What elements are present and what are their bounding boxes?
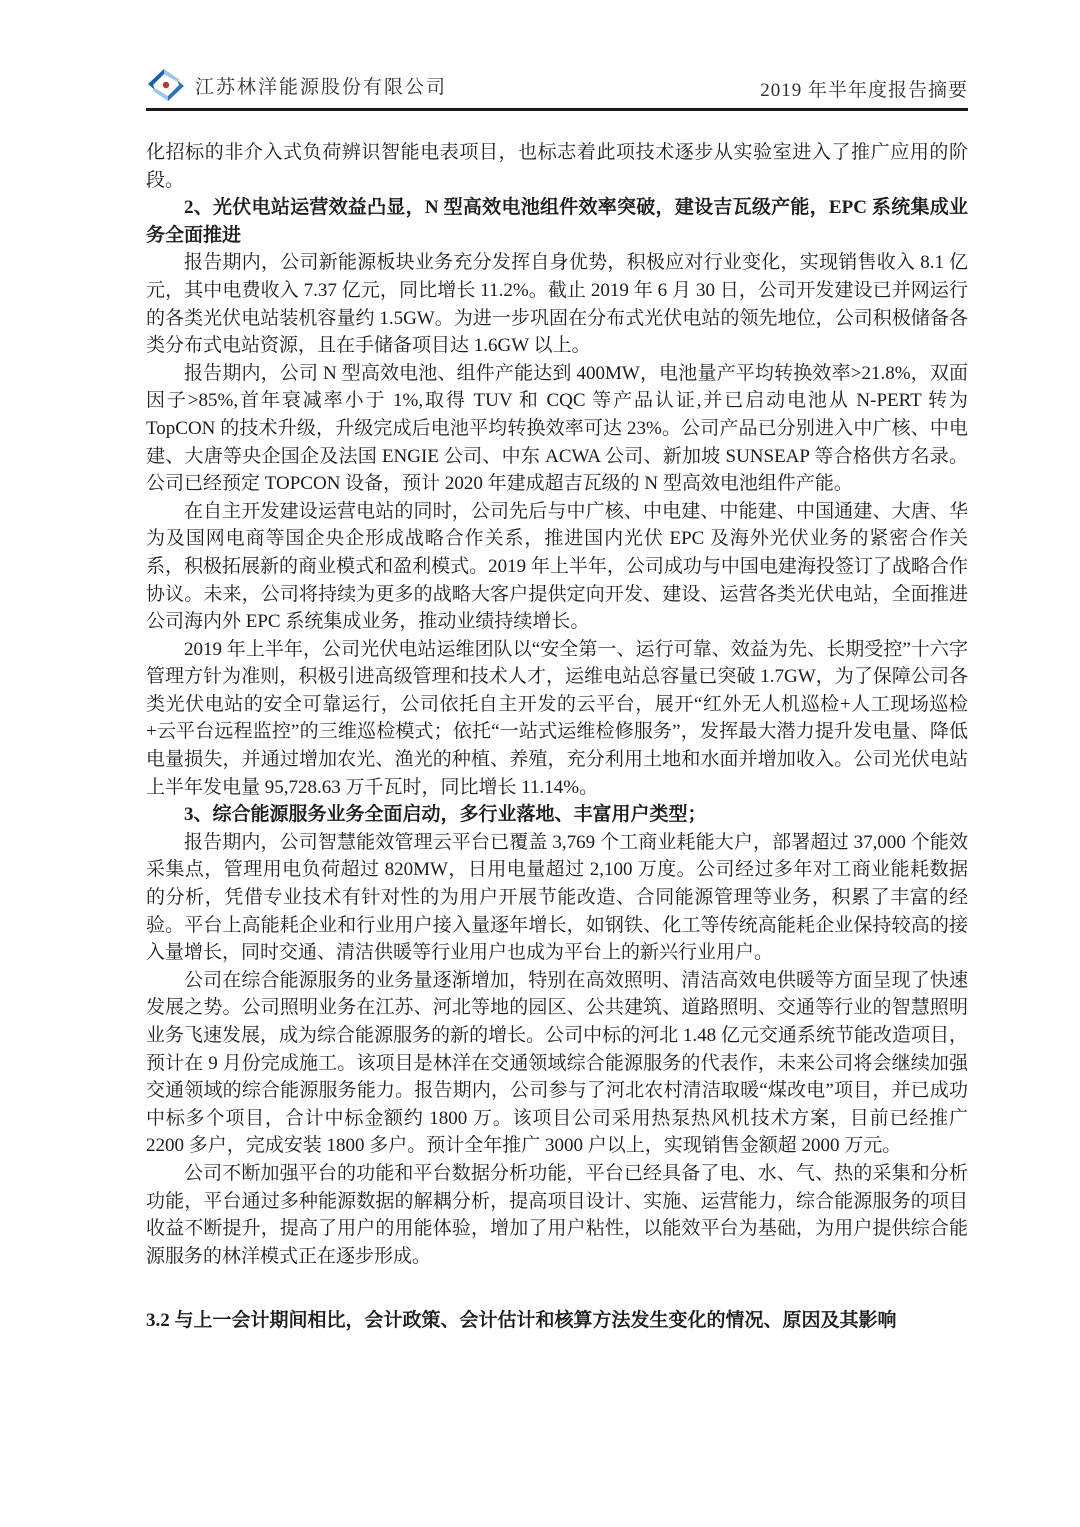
paragraph: 在自主开发建设运营电站的同时，公司先后与中广核、中电建、中能建、中国通建、大唐、… bbox=[146, 498, 968, 636]
paragraph: 报告期内，公司新能源板块业务充分发挥自身优势，积极应对行业变化，实现销售收入 8… bbox=[146, 249, 968, 359]
paragraph: 报告期内，公司 N 型高效电池、组件产能达到 400MW，电池量产平均转换效率>… bbox=[146, 360, 968, 498]
page-header: 江苏林洋能源股份有限公司 2019 年半年度报告摘要 bbox=[146, 68, 968, 111]
heading-2: 2、光伏电站运营效益凸显，N 型高效电池组件效率突破，建设吉瓦级产能，EPC 系… bbox=[146, 194, 968, 249]
paragraph-continuation: 化招标的非介入式负荷辨识智能电表项目，也标志着此项技术逐步从实验室进入了推广应用… bbox=[146, 139, 968, 194]
report-body: 化招标的非介入式负荷辨识智能电表项目，也标志着此项技术逐步从实验室进入了推广应用… bbox=[146, 139, 968, 1335]
section-heading-3-2: 3.2 与上一会计期间相比，会计政策、会计估计和核算方法发生变化的情况、原因及其… bbox=[146, 1307, 968, 1335]
heading-3: 3、综合能源服务业务全面启动，多行业落地、丰富用户类型； bbox=[146, 801, 968, 829]
company-name: 江苏林洋能源股份有限公司 bbox=[195, 72, 447, 99]
linyang-diamond-logo-icon bbox=[146, 68, 186, 102]
paragraph: 2019 年上半年，公司光伏电站运维团队以“安全第一、运行可靠、效益为先、长期受… bbox=[146, 636, 968, 802]
document-page: 江苏林洋能源股份有限公司 2019 年半年度报告摘要 化招标的非介入式负荷辨识智… bbox=[0, 0, 1080, 1527]
header-left: 江苏林洋能源股份有限公司 bbox=[146, 68, 447, 102]
paragraph: 公司不断加强平台的功能和平台数据分析功能，平台已经具备了电、水、气、热的采集和分… bbox=[146, 1160, 968, 1270]
paragraph: 公司在综合能源服务的业务量逐渐增加，特别在高效照明、清洁高效电供暖等方面呈现了快… bbox=[146, 967, 968, 1160]
report-title: 2019 年半年度报告摘要 bbox=[760, 75, 968, 102]
paragraph: 报告期内，公司智慧能效管理云平台已覆盖 3,769 个工商业耗能大户，部署超过 … bbox=[146, 829, 968, 967]
